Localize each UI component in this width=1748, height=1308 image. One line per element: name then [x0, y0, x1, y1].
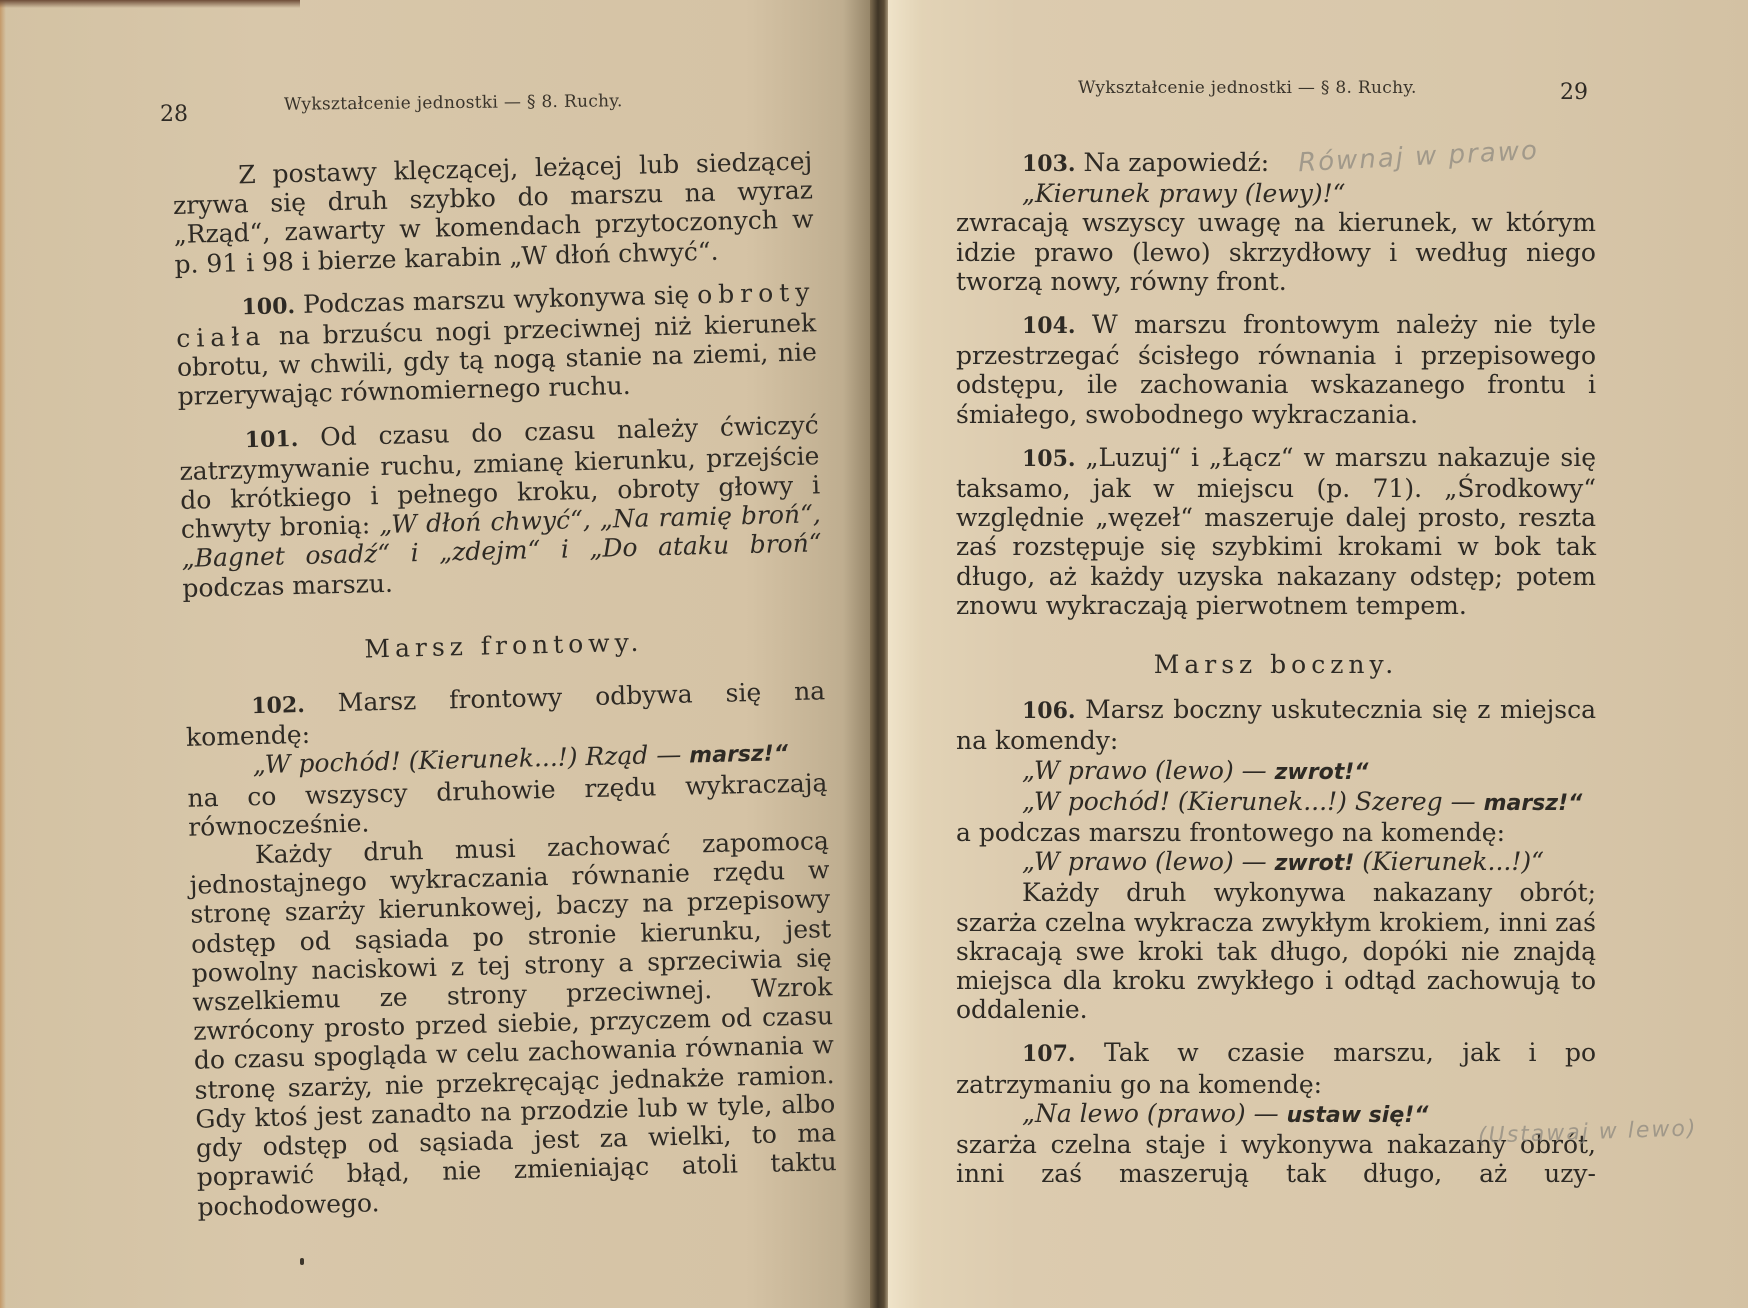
- command-line: „W prawo (lewo) — zwrot!“: [956, 756, 1596, 787]
- command-line: „Kierunek prawy (lewy)!“: [956, 179, 1596, 208]
- paragraph-number: 106.: [1022, 698, 1076, 724]
- paragraph-100: 100. Podczas marszu wykonywa się obroty …: [175, 277, 818, 411]
- left-page: 28 Wykształcenie jednostki — § 8. Ruchy.…: [0, 0, 878, 1308]
- paragraph-number: 104.: [1022, 313, 1076, 339]
- paragraph-106: 106. Marsz boczny uskutecznia się z miej…: [956, 695, 1596, 755]
- paragraph-intro: Z postawy klęczącej, leżącej lub siedząc…: [172, 146, 815, 278]
- book-spread: 28 Wykształcenie jednostki — § 8. Ruchy.…: [0, 0, 1748, 1308]
- paragraph-106-continued: a podczas marszu frontowego na komendę:: [956, 818, 1596, 847]
- paragraph-106-body: Każdy druh wykonywa nakazany obrót; szar…: [956, 878, 1596, 1024]
- page-number-right: 29: [1560, 80, 1588, 105]
- book-gutter: [870, 0, 890, 1308]
- page-top-shadow: [0, 0, 300, 8]
- paragraph-103-continued: zwracają wszyscy uwagę na kierunek, w kt…: [956, 208, 1596, 296]
- page-number-left: 28: [160, 102, 188, 127]
- command-line: „W pochód! (Kierunek...!) Szereg — marsz…: [956, 787, 1596, 818]
- paragraph-number: 101.: [244, 426, 298, 453]
- paragraph-number: 107.: [1022, 1041, 1076, 1067]
- paragraph-107: 107. Tak w czasie marszu, jak i po zatrz…: [956, 1038, 1596, 1098]
- right-text-block: 103. Na zapowiedź: „Kierunek prawy (lewy…: [956, 148, 1596, 1189]
- left-text-block: Z postawy klęczącej, leżącej lub siedząc…: [172, 146, 838, 1221]
- section-heading-marsz-boczny: Marsz boczny.: [956, 650, 1596, 679]
- paragraph-102-body: Każdy druh musi zachować zapomocą jednos…: [189, 826, 838, 1221]
- paragraph-number: 100.: [241, 293, 295, 320]
- ink-mark: [300, 1258, 304, 1265]
- paragraph-104: 104. W marszu frontowym należy nie tyle …: [956, 310, 1596, 429]
- paragraph-105: 105. „Luzuj“ i „Łącz“ w marszu nakazuje …: [956, 443, 1596, 620]
- running-head-left: Wykształcenie jednostki — § 8. Ruchy.: [284, 91, 623, 115]
- paragraph-number: 102.: [251, 692, 305, 719]
- paragraph-101: 101. Od czasu do czasu należy ćwiczyć za…: [178, 410, 822, 603]
- running-head-right: Wykształcenie jednostki — § 8. Ruchy.: [1078, 78, 1417, 98]
- paragraph-103: 103. Na zapowiedź:: [956, 148, 1596, 179]
- paragraph-number: 105.: [1022, 446, 1076, 472]
- paragraph-number: 103.: [1022, 151, 1076, 177]
- right-page: Wykształcenie jednostki — § 8. Ruchy. 29…: [888, 0, 1748, 1308]
- page-edge: [0, 0, 6, 1308]
- command-line: „W prawo (lewo) — zwrot! (Kierunek...!)“: [956, 847, 1596, 878]
